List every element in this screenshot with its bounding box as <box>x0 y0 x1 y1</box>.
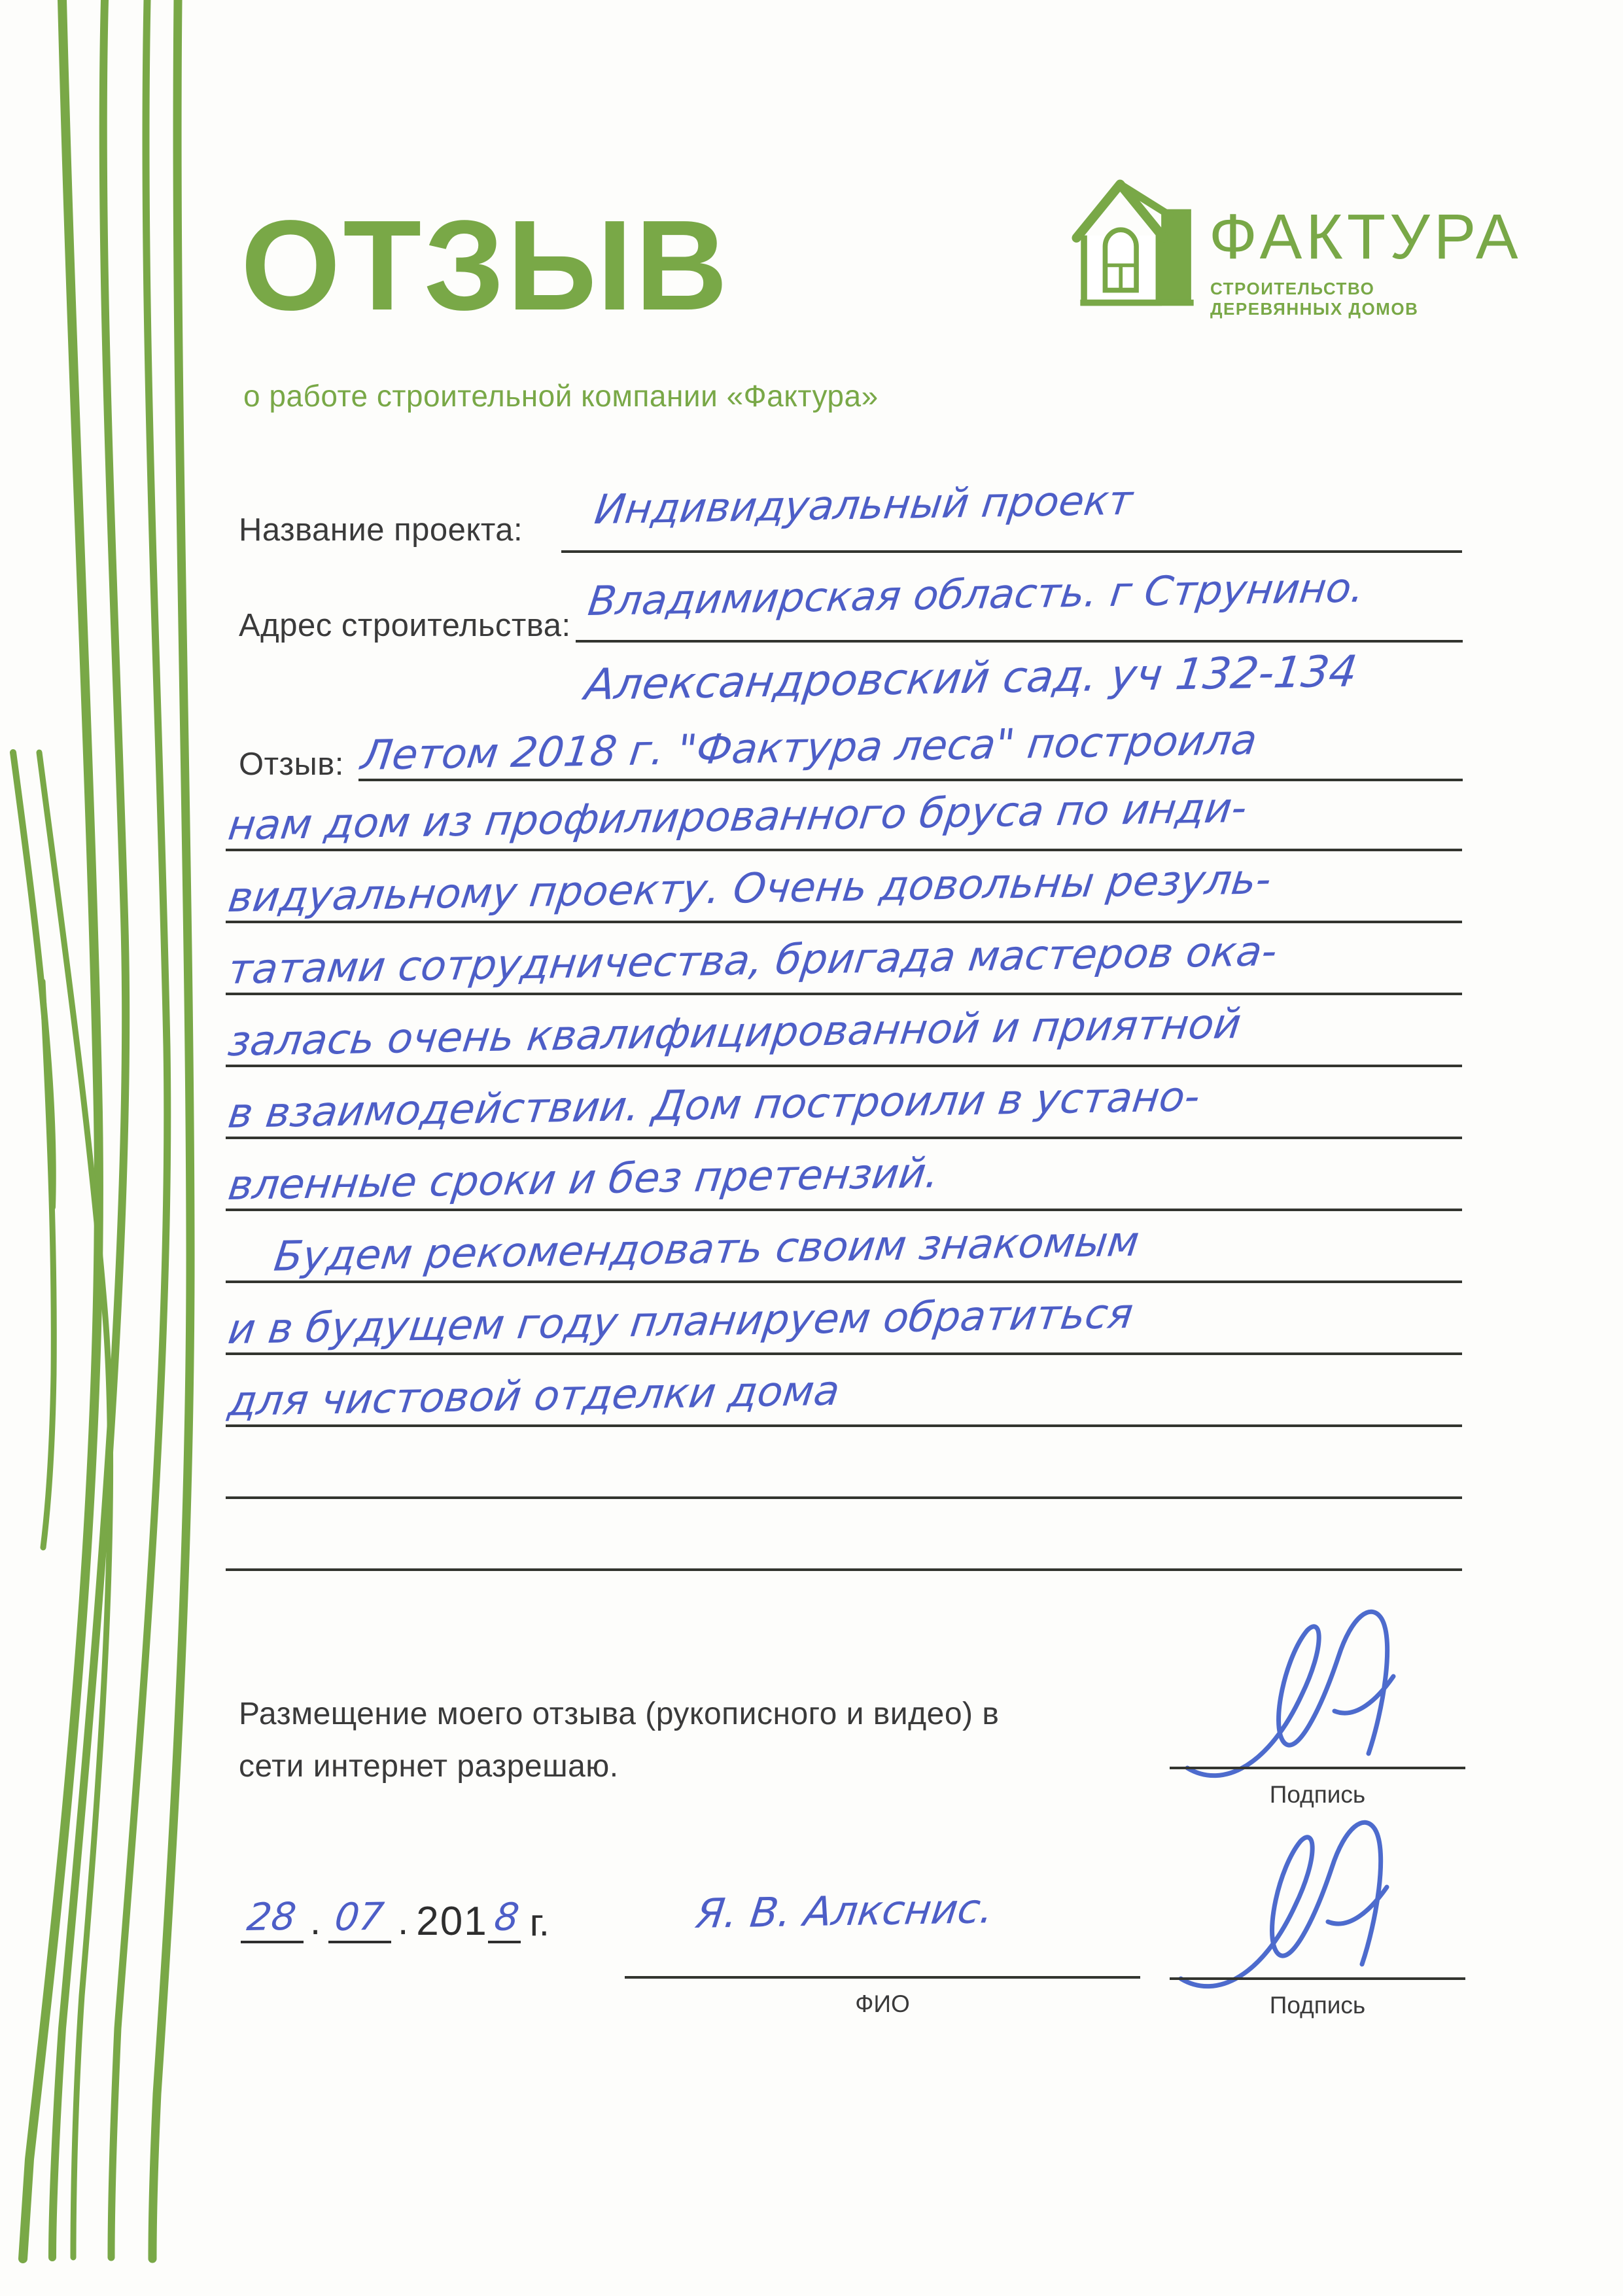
consent-line-1: Размещение моего отзыва (рукописного и в… <box>239 1688 999 1740</box>
date-era-suffix: г. <box>521 1904 550 1943</box>
date-day-slot: 28 <box>241 1883 304 1943</box>
review-line-3: видуальному проекту. Очень довольны резу… <box>226 858 1462 923</box>
logo-company-name: ФАКТУРА <box>1209 200 1522 274</box>
logo-tagline: СТРОИТЕЛЬСТВО ДЕРЕВЯННЫХ ДОМОВ <box>1210 279 1477 319</box>
review-line-2: нам дом из профилированного бруса по инд… <box>226 786 1462 851</box>
fio-label: ФИО <box>625 1990 1140 2018</box>
date-year-printed: 201 <box>416 1901 487 1943</box>
address-field-line <box>576 640 1463 643</box>
fio-handwritten-value: Я. В. Алкснис. <box>693 1884 996 1937</box>
review-line-5: залась очень квалифицированной и приятно… <box>226 1002 1462 1067</box>
project-name-field-line <box>561 550 1462 553</box>
signature-label-bottom: Подпись <box>1170 1992 1465 2019</box>
review-line-12-empty <box>226 1506 1462 1571</box>
project-name-handwritten-value: Индивидуальный проект <box>592 476 1136 533</box>
date-year-digit-slot: 8 <box>488 1883 521 1943</box>
review-line-1: Летом 2018 г. "Фактура леса" построила <box>358 716 1463 781</box>
date-year-digit-handwritten: 8 <box>492 1894 521 1939</box>
fio-line <box>625 1976 1140 1979</box>
date-month-slot: 07 <box>328 1883 391 1943</box>
date-field: 28 . 07 . 201 8 г. <box>241 1883 550 1943</box>
review-line-6: в взаимодействии. Дом построили в устано… <box>226 1074 1462 1139</box>
review-line-8: Будем рекомендовать своим знакомым <box>226 1218 1462 1283</box>
address-label: Адрес строительства: <box>239 607 571 644</box>
address-handwritten-line2: Александровский сад. уч 132-134 <box>582 646 1360 710</box>
consent-line-2: сети интернет разрешаю. <box>239 1740 999 1793</box>
page-subtitle: о работе строительной компании «Фактура» <box>243 378 879 414</box>
review-line-7: вленные сроки и без претензий. <box>226 1146 1462 1211</box>
date-separator-1: . <box>304 1899 328 1943</box>
date-separator-2: . <box>391 1899 416 1943</box>
company-logo: ФАКТУРА СТРОИТЕЛЬСТВО ДЕРЕВЯННЫХ ДОМОВ <box>1072 169 1477 319</box>
signature-line-bottom <box>1170 1977 1465 1980</box>
consent-statement: Размещение моего отзыва (рукописного и в… <box>239 1688 999 1793</box>
signature-label-top: Подпись <box>1170 1781 1465 1809</box>
date-month-handwritten: 07 <box>332 1894 386 1939</box>
scanned-review-form: ОТЗЫВ о работе строительной компании «Фа… <box>0 0 1623 2296</box>
review-line-9: и в будущем году планируем обратиться <box>226 1290 1462 1355</box>
house-icon <box>1072 171 1202 319</box>
review-line-4: татами сотрудничества, бригада мастеров … <box>226 930 1462 995</box>
review-label: Отзыв: <box>239 746 344 783</box>
review-line-10: для чистовой отделки дома <box>226 1362 1462 1427</box>
date-day-handwritten: 28 <box>245 1894 298 1939</box>
review-line-11-empty <box>226 1434 1462 1499</box>
page-title: ОТЗЫВ <box>241 202 730 330</box>
grass-decoration <box>0 0 216 2296</box>
address-handwritten-line1: Владимирская область. г Струнино. <box>585 563 1367 625</box>
signature-line-top <box>1170 1767 1465 1769</box>
project-name-label: Название проекта: <box>239 512 523 548</box>
